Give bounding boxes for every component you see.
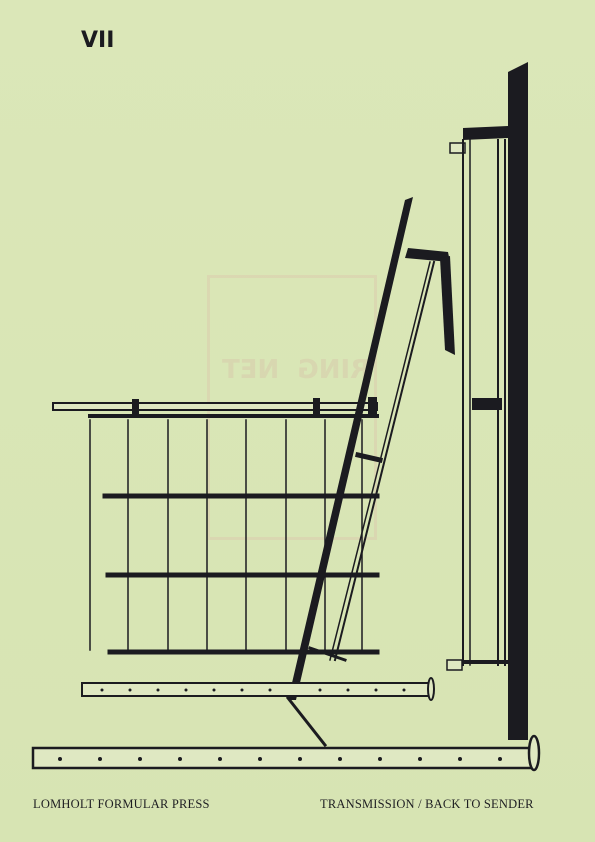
scaffold-illustration: [0, 0, 595, 842]
cover-page: RING NET VII: [0, 0, 595, 842]
publisher-name: LOMHOLT FORMULAR PRESS: [33, 797, 210, 812]
cover-title: TRANSMISSION / BACK TO SENDER: [320, 797, 534, 812]
